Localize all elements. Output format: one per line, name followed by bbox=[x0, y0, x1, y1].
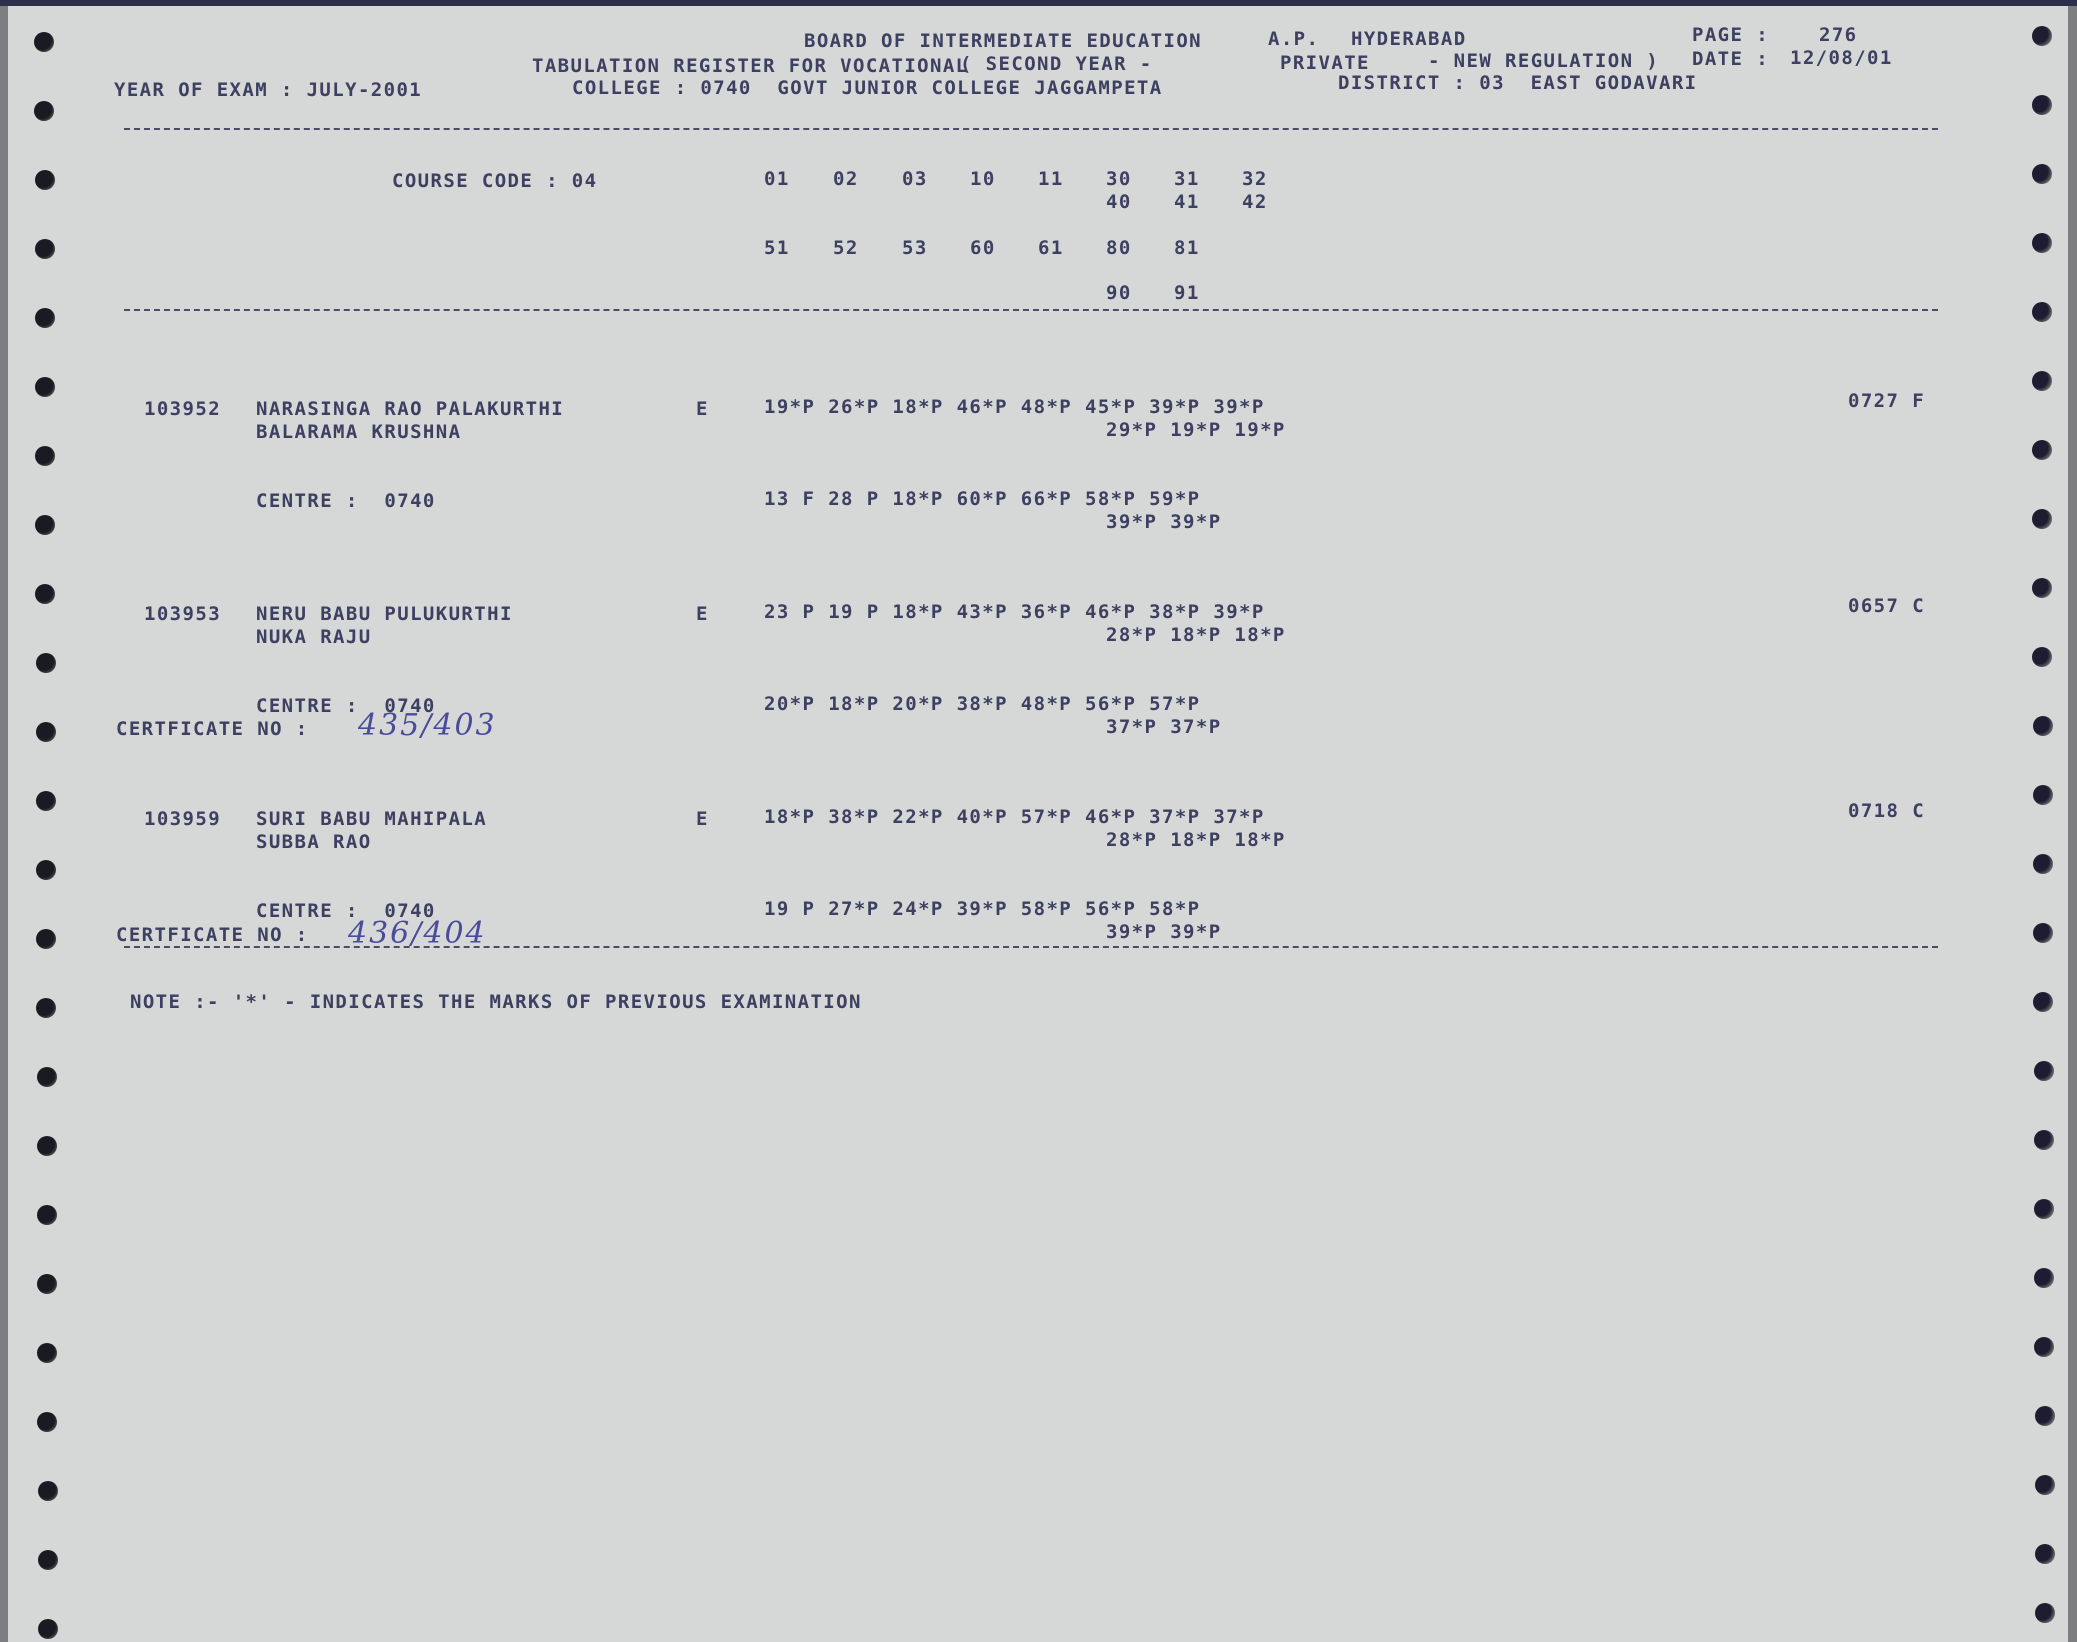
punch-hole-icon bbox=[35, 584, 55, 604]
punch-hole-icon bbox=[2032, 647, 2052, 667]
punch-hole-icon bbox=[2032, 509, 2052, 529]
student-name: SURI BABU MAHIPALA bbox=[256, 808, 487, 830]
subject-code: 61 bbox=[1038, 237, 1064, 259]
punch-hole-icon bbox=[2035, 1406, 2055, 1426]
certificate-label: CERTFICATE NO : bbox=[116, 924, 309, 946]
punch-hole-icon bbox=[2034, 1268, 2054, 1288]
punch-hole-icon bbox=[2032, 26, 2052, 46]
separator-line bbox=[124, 128, 1938, 130]
subject-code: 10 bbox=[970, 168, 996, 190]
punch-hole-icon bbox=[2032, 164, 2052, 184]
subject-code: 30 bbox=[1106, 168, 1132, 190]
year-type: ( SECOND YEAR - bbox=[960, 53, 1153, 75]
page-label: PAGE : bbox=[1692, 24, 1769, 46]
subject-code: 51 bbox=[764, 237, 790, 259]
punch-hole-icon bbox=[37, 1343, 57, 1363]
punch-hole-icon bbox=[2034, 1130, 2054, 1150]
state: A.P. bbox=[1268, 28, 1319, 50]
punch-hole-icon bbox=[35, 515, 55, 535]
punch-hole-icon bbox=[2032, 302, 2052, 322]
punch-hole-icon bbox=[36, 929, 56, 949]
subject-code: 81 bbox=[1174, 237, 1200, 259]
subject-code: 42 bbox=[1242, 191, 1268, 213]
subject-code: 53 bbox=[902, 237, 928, 259]
certificate-label: CERTFICATE NO : bbox=[116, 718, 309, 740]
punch-hole-icon bbox=[37, 1136, 57, 1156]
punch-hole-icon bbox=[38, 1481, 58, 1501]
punch-hole-icon bbox=[34, 32, 54, 52]
page-number: 276 bbox=[1819, 24, 1858, 46]
punch-hole-icon bbox=[2032, 95, 2052, 115]
punch-hole-icon bbox=[2032, 440, 2052, 460]
punch-hole-icon bbox=[36, 653, 56, 673]
punch-hole-icon bbox=[2033, 785, 2053, 805]
total-result: 0718 C bbox=[1848, 800, 1925, 822]
centre: CENTRE : 0740 bbox=[256, 490, 436, 512]
subject-code: 40 bbox=[1106, 191, 1132, 213]
punch-hole-icon bbox=[36, 791, 56, 811]
roll-number: 103953 bbox=[144, 603, 221, 625]
exam-mode: PRIVATE bbox=[1280, 52, 1370, 74]
date-label: DATE : bbox=[1692, 48, 1769, 70]
separator-line bbox=[124, 309, 1938, 311]
marks-row: 39*P 39*P bbox=[1106, 511, 1222, 533]
punch-hole-icon bbox=[37, 1274, 57, 1294]
punch-hole-icon bbox=[2035, 1603, 2055, 1623]
punch-hole-icon bbox=[35, 308, 55, 328]
punch-hole-icon bbox=[2033, 992, 2053, 1012]
punch-hole-icon bbox=[2032, 578, 2052, 598]
medium: E bbox=[696, 808, 709, 830]
student-name: NARASINGA RAO PALAKURTHI bbox=[256, 398, 564, 420]
marks-row: 28*P 18*P 18*P bbox=[1106, 829, 1286, 851]
marks-row: 19 P 27*P 24*P 39*P 58*P 56*P 58*P bbox=[764, 898, 1201, 920]
college: COLLEGE : 0740 GOVT JUNIOR COLLEGE JAGGA… bbox=[572, 77, 1163, 99]
student-name: NERU BABU PULUKURTHI bbox=[256, 603, 513, 625]
punch-hole-icon bbox=[34, 101, 54, 121]
total-result: 0657 C bbox=[1848, 595, 1925, 617]
punch-hole-icon bbox=[36, 722, 56, 742]
punch-hole-icon bbox=[38, 1550, 58, 1570]
subject-code: 02 bbox=[833, 168, 859, 190]
punch-hole-icon bbox=[2034, 1337, 2054, 1357]
punch-hole-icon bbox=[2033, 923, 2053, 943]
medium: E bbox=[696, 398, 709, 420]
subject-code: 41 bbox=[1174, 191, 1200, 213]
punch-hole-icon bbox=[37, 1067, 57, 1087]
total-result: 0727 F bbox=[1848, 390, 1925, 412]
marks-row: 28*P 18*P 18*P bbox=[1106, 624, 1286, 646]
student-name-line2: BALARAMA KRUSHNA bbox=[256, 421, 461, 443]
district: DISTRICT : 03 EAST GODAVARI bbox=[1338, 72, 1698, 94]
subject-code: 11 bbox=[1038, 168, 1064, 190]
subject-code: 90 bbox=[1106, 282, 1132, 304]
punch-hole-icon bbox=[2034, 1199, 2054, 1219]
subject-code: 60 bbox=[970, 237, 996, 259]
date-value: 12/08/01 bbox=[1790, 47, 1893, 69]
certificate-number-handwritten: 435/403 bbox=[358, 708, 497, 743]
marks-row: 23 P 19 P 18*P 43*P 36*P 46*P 38*P 39*P bbox=[764, 601, 1265, 623]
punch-hole-icon bbox=[35, 446, 55, 466]
board-name: BOARD OF INTERMEDIATE EDUCATION bbox=[804, 30, 1202, 52]
punch-hole-icon bbox=[35, 239, 55, 259]
student-name-line2: SUBBA RAO bbox=[256, 831, 372, 853]
marks-row: 13 F 28 P 18*P 60*P 66*P 58*P 59*P bbox=[764, 488, 1201, 510]
roll-number: 103959 bbox=[144, 808, 221, 830]
footnote: NOTE :- '*' - INDICATES THE MARKS OF PRE… bbox=[130, 991, 862, 1013]
medium: E bbox=[696, 603, 709, 625]
punch-hole-icon bbox=[38, 1619, 58, 1639]
marks-row: 19*P 26*P 18*P 46*P 48*P 45*P 39*P 39*P bbox=[764, 396, 1265, 418]
marks-row: 39*P 39*P bbox=[1106, 921, 1222, 943]
city: HYDERABAD bbox=[1351, 28, 1467, 50]
punch-hole-icon bbox=[2032, 233, 2052, 253]
separator-line bbox=[124, 946, 1938, 948]
punch-hole-icon bbox=[2035, 1475, 2055, 1495]
year-of-exam: YEAR OF EXAM : JULY-2001 bbox=[114, 79, 422, 101]
student-name-line2: NUKA RAJU bbox=[256, 626, 372, 648]
punch-hole-icon bbox=[2032, 371, 2052, 391]
regulation: - NEW REGULATION ) bbox=[1428, 50, 1659, 72]
course-code-label: COURSE CODE : 04 bbox=[392, 170, 597, 192]
subject-code: 31 bbox=[1174, 168, 1200, 190]
punch-hole-icon bbox=[37, 1412, 57, 1432]
punch-hole-icon bbox=[2034, 1061, 2054, 1081]
subject-code: 91 bbox=[1174, 282, 1200, 304]
subject-code: 01 bbox=[764, 168, 790, 190]
punch-hole-icon bbox=[35, 170, 55, 190]
marks-row: 37*P 37*P bbox=[1106, 716, 1222, 738]
subject-code: 52 bbox=[833, 237, 859, 259]
roll-number: 103952 bbox=[144, 398, 221, 420]
punch-hole-icon bbox=[2033, 716, 2053, 736]
punch-hole-icon bbox=[36, 860, 56, 880]
subject-code: 03 bbox=[902, 168, 928, 190]
punch-hole-icon bbox=[37, 1205, 57, 1225]
subject-code: 32 bbox=[1242, 168, 1268, 190]
marks-row: 18*P 38*P 22*P 40*P 57*P 46*P 37*P 37*P bbox=[764, 806, 1265, 828]
punch-hole-icon bbox=[35, 377, 55, 397]
register-title: TABULATION REGISTER FOR VOCATIONAL bbox=[532, 55, 969, 77]
punch-hole-icon bbox=[2035, 1544, 2055, 1564]
marks-row: 20*P 18*P 20*P 38*P 48*P 56*P 57*P bbox=[764, 693, 1201, 715]
subject-code: 80 bbox=[1106, 237, 1132, 259]
tabulation-register-sheet: BOARD OF INTERMEDIATE EDUCATION A.P. HYD… bbox=[8, 6, 2068, 1642]
marks-row: 29*P 19*P 19*P bbox=[1106, 419, 1286, 441]
punch-hole-icon bbox=[36, 998, 56, 1018]
punch-hole-icon bbox=[2033, 854, 2053, 874]
